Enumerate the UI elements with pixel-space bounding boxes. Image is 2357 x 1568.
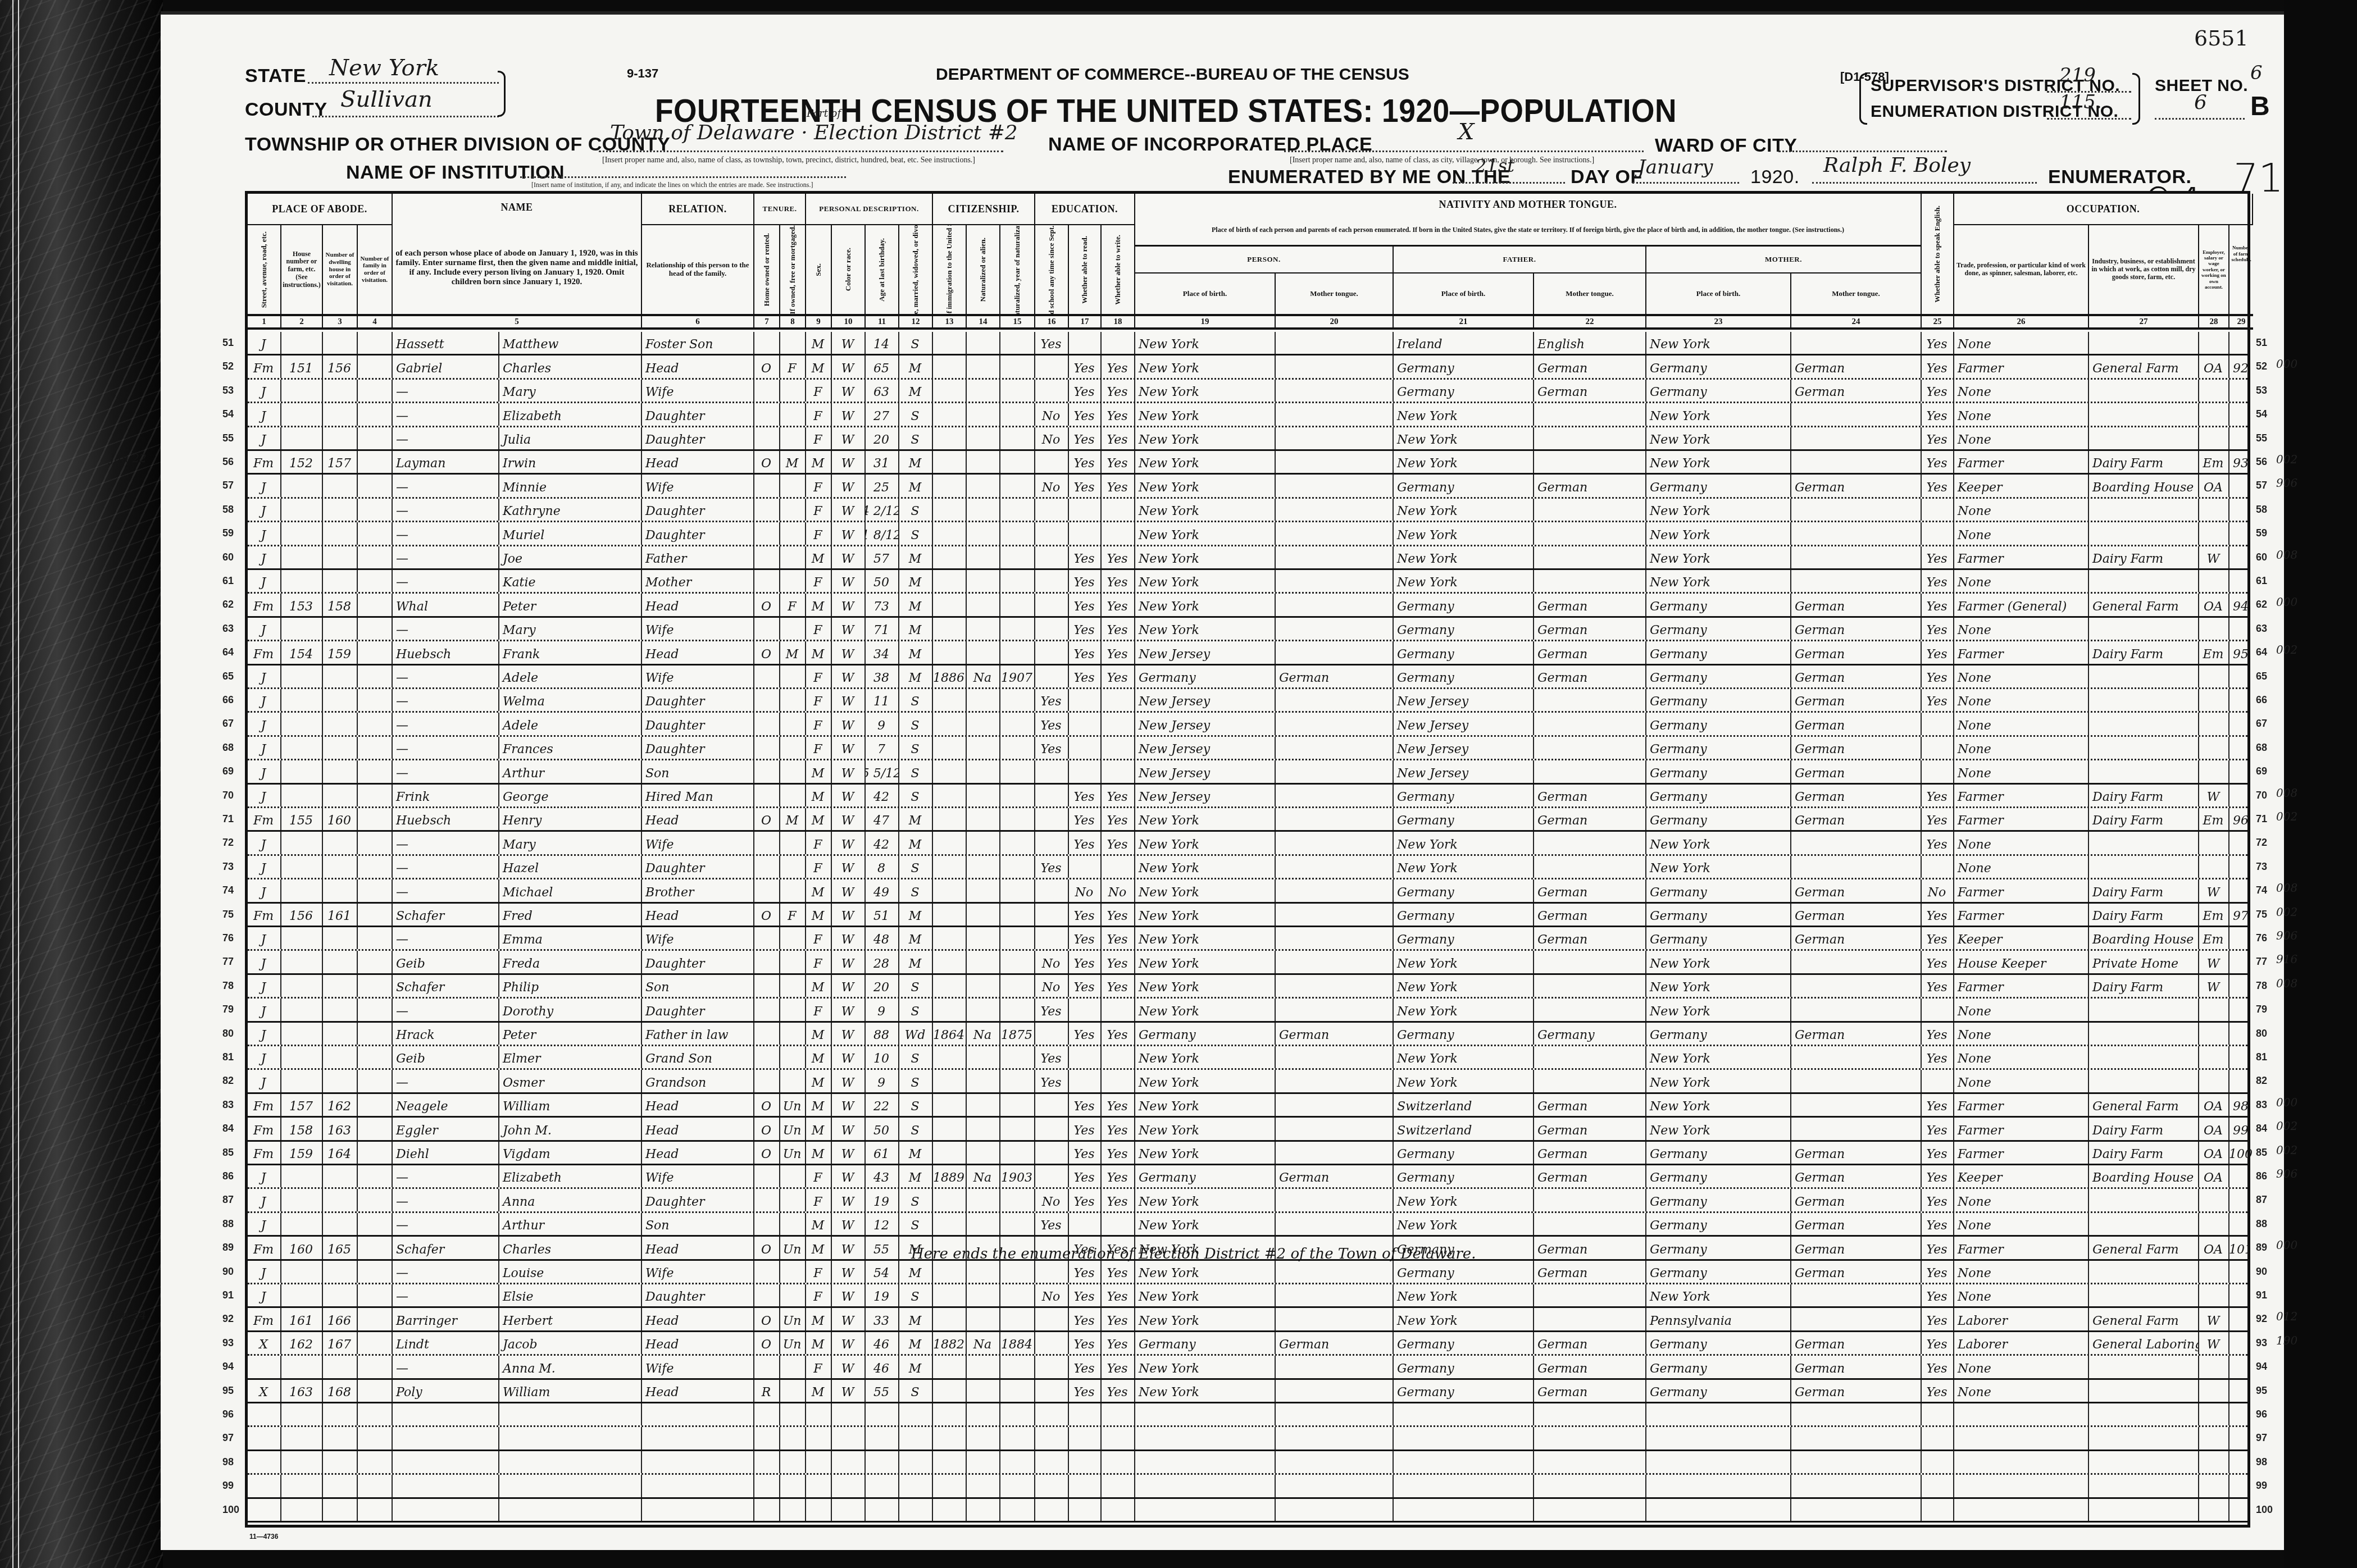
occupation-code: 906 — [2276, 476, 2297, 490]
cell-home: O — [754, 451, 780, 473]
col-5-head: of each person whose place of abode on J… — [393, 222, 642, 314]
cell-f-tongue: Germany — [1534, 1023, 1646, 1045]
col-24-head: Mother tongue. — [1791, 274, 1922, 314]
cell-farm — [2229, 1213, 2253, 1235]
cell-m-birth: Germany — [1646, 666, 1791, 687]
cell-family — [358, 879, 393, 901]
cell-given: Arthur — [499, 760, 642, 782]
cell-nat — [967, 1356, 1000, 1378]
cell-nat — [967, 1189, 1000, 1211]
cell-school — [1035, 1094, 1069, 1116]
table-row: J—FrancesDaughterFW7SYesNew JerseyNew Je… — [248, 737, 2247, 760]
cell-family — [358, 1356, 393, 1378]
cell-class: OA — [2199, 594, 2229, 616]
cell-surname: Huebsch — [393, 808, 499, 830]
cell-surname — [393, 1475, 499, 1497]
cell-english: Yes — [1922, 1284, 1954, 1306]
cell-race: W — [832, 618, 866, 640]
col-7-head: Home owned or rented. — [754, 225, 780, 314]
occupation-code: 002 — [2276, 643, 2297, 657]
table-row — [248, 1427, 2247, 1451]
cell-tongue — [1276, 927, 1394, 949]
cell-class — [2199, 403, 2229, 425]
sheet-value: 6 — [2194, 91, 2207, 114]
cell-dwelling — [323, 832, 358, 854]
cell-family — [358, 760, 393, 782]
cell-marital: M — [899, 927, 933, 949]
cell-m-birth: Germany — [1646, 713, 1791, 735]
cell-school — [1035, 1451, 1069, 1473]
cell-birth: Germany — [1135, 666, 1276, 687]
cell-f-tongue: German — [1534, 1118, 1646, 1139]
cell-home — [754, 1165, 780, 1187]
line-number-left: 97 — [222, 1432, 234, 1444]
col-25-head: Whether able to speak English. — [1922, 194, 1954, 314]
cell-race: W — [832, 951, 866, 973]
table-row: J—MinnieWifeFW25MNoYesYesNew YorkGermany… — [248, 475, 2247, 498]
cell-age: 65 — [866, 355, 899, 377]
cell-relation: Grandson — [642, 1070, 754, 1092]
cell-class — [2199, 999, 2229, 1020]
cell-f-birth — [1394, 1499, 1534, 1521]
cell-tongue — [1276, 380, 1394, 402]
cell-dwelling — [323, 879, 358, 901]
cell-nat — [967, 1427, 1000, 1449]
cell-school: No — [1035, 475, 1069, 496]
cell-f-birth: Germany — [1394, 1165, 1534, 1187]
cell-class — [2199, 760, 2229, 782]
microfilm-right-edge — [2284, 0, 2357, 1568]
cell-dwelling: 159 — [323, 641, 358, 663]
table-row: J—AdeleWifeFW38M1886Na1907YesYesGermanyG… — [248, 666, 2247, 689]
cell-sex: F — [806, 999, 832, 1020]
cell-given: Dorothy — [499, 999, 642, 1020]
cell-immig — [933, 522, 967, 544]
cell-immig — [933, 951, 967, 973]
line-number-left: 100 — [222, 1504, 239, 1516]
cell-farm — [2229, 737, 2253, 759]
cell-tongue — [1276, 1475, 1394, 1497]
cell-m-birth: Germany — [1646, 1142, 1791, 1164]
cell-race: W — [832, 1189, 866, 1211]
cell-farm — [2229, 713, 2253, 735]
cell-sex — [806, 1475, 832, 1497]
cell-m-tongue: German — [1791, 380, 1922, 402]
table-row: J—ElsieDaughterFW19SNoYesYesNew YorkNew … — [248, 1284, 2247, 1308]
cell-race: W — [832, 594, 866, 616]
cell-race: W — [832, 1046, 866, 1068]
line-number-right: 61 — [2256, 575, 2267, 587]
cell-industry — [2089, 999, 2199, 1020]
cell-farm — [2229, 1451, 2253, 1473]
cell-dwelling — [323, 1189, 358, 1211]
line-number-right: 69 — [2256, 765, 2267, 777]
cell-race: W — [832, 403, 866, 425]
line-number-right: 87 — [2256, 1194, 2267, 1206]
cell-natyr — [1000, 1070, 1035, 1092]
cell-nat — [967, 1475, 1000, 1497]
cell-house — [281, 332, 323, 354]
cell-english — [1922, 499, 1954, 521]
cell-immig — [933, 975, 967, 997]
cell-school: No — [1035, 403, 1069, 425]
cell-industry — [2089, 1070, 2199, 1092]
cell-home — [754, 1427, 780, 1449]
cell-given: Osmer — [499, 1070, 642, 1092]
cell-house: 160 — [281, 1237, 323, 1259]
cell-given: Anna — [499, 1189, 642, 1211]
cell-home — [754, 499, 780, 521]
col-num-2: 2 — [281, 314, 323, 330]
cell-surname: — — [393, 546, 499, 568]
cell-english — [1922, 999, 1954, 1020]
cell-surname: Hrack — [393, 1023, 499, 1045]
col-num-21: 21 — [1394, 314, 1534, 330]
cell-street: J — [248, 689, 281, 711]
table-row: Fm154159HuebschFrankHeadOMMW34MYesYesNew… — [248, 641, 2247, 665]
cell-age: 42 — [866, 785, 899, 806]
cell-dwelling — [323, 1499, 358, 1521]
cell-f-birth — [1394, 1475, 1534, 1497]
cell-birth: New York — [1135, 1046, 1276, 1068]
cell-relation: Head — [642, 355, 754, 377]
cell-home: O — [754, 1142, 780, 1164]
cell-street: Fm — [248, 594, 281, 616]
cell-immig — [933, 451, 967, 473]
cell-english — [1922, 713, 1954, 735]
cell-house — [281, 1070, 323, 1092]
cell-age: 1 8/12 — [866, 522, 899, 544]
cell-nat — [967, 451, 1000, 473]
line-number-left: 53 — [222, 385, 234, 396]
cell-owned — [780, 999, 806, 1020]
cell-m-tongue: German — [1791, 760, 1922, 782]
cell-street: J — [248, 856, 281, 878]
table-row: J—OsmerGrandsonMW9SYesNew YorkNew YorkNe… — [248, 1070, 2247, 1093]
cell-immig — [933, 403, 967, 425]
cell-natyr — [1000, 355, 1035, 377]
archive-stamp: 6551 — [2194, 26, 2249, 51]
cell-m-birth: New York — [1646, 1046, 1791, 1068]
cell-family — [358, 332, 393, 354]
cell-f-birth: New York — [1394, 951, 1534, 973]
cell-house: 158 — [281, 1118, 323, 1139]
cell-street: J — [248, 1213, 281, 1235]
cell-english — [1922, 1403, 1954, 1425]
cell-trade: None — [1954, 380, 2089, 402]
cell-immig: 1889 — [933, 1165, 967, 1187]
table-row: JGeibFredaDaughterFW28MNoYesYesNew YorkN… — [248, 951, 2247, 974]
cell-write — [1102, 760, 1135, 782]
occupation-code: 000 — [2276, 357, 2297, 371]
cell-write: Yes — [1102, 785, 1135, 806]
cell-dwelling — [323, 1403, 358, 1425]
cell-birth: New York — [1135, 403, 1276, 425]
cell-nat — [967, 999, 1000, 1020]
cell-marital: S — [899, 1070, 933, 1092]
cell-read: Yes — [1069, 666, 1102, 687]
cell-farm: 98 — [2229, 1094, 2253, 1116]
cell-farm — [2229, 689, 2253, 711]
cell-industry — [2089, 403, 2199, 425]
cell-f-birth — [1394, 1427, 1534, 1449]
cell-industry — [2089, 618, 2199, 640]
cell-race: W — [832, 499, 866, 521]
cell-street: Fm — [248, 451, 281, 473]
cell-class: Em — [2199, 451, 2229, 473]
cell-f-birth: Germany — [1394, 618, 1534, 640]
line-number-left: 64 — [222, 646, 234, 658]
cell-home — [754, 879, 780, 901]
group-relation: RELATION. — [642, 194, 754, 225]
cell-age: 34 — [866, 641, 899, 663]
cell-house — [281, 1046, 323, 1068]
cell-nat — [967, 951, 1000, 973]
cell-house — [281, 879, 323, 901]
cell-race: W — [832, 1165, 866, 1187]
cell-home — [754, 570, 780, 592]
cell-street — [248, 1356, 281, 1378]
cell-f-tongue — [1534, 832, 1646, 854]
line-number-left: 69 — [222, 765, 234, 777]
cell-read: Yes — [1069, 1332, 1102, 1354]
cell-english: Yes — [1922, 1118, 1954, 1139]
cell-farm — [2229, 975, 2253, 997]
cell-trade: Farmer — [1954, 904, 2089, 926]
cell-nat — [967, 927, 1000, 949]
cell-surname: — — [393, 570, 499, 592]
cell-immig — [933, 1475, 967, 1497]
cell-trade: Farmer — [1954, 808, 2089, 830]
cell-dwelling — [323, 1070, 358, 1092]
cell-trade: None — [1954, 1284, 2089, 1306]
cell-given: Katie — [499, 570, 642, 592]
cell-sex: M — [806, 1070, 832, 1092]
cell-owned: Un — [780, 1237, 806, 1259]
cell-surname — [393, 1451, 499, 1473]
cell-immig — [933, 594, 967, 616]
cell-natyr — [1000, 1356, 1035, 1378]
cell-given: Charles — [499, 355, 642, 377]
cell-class: W — [2199, 975, 2229, 997]
cell-street: X — [248, 1380, 281, 1402]
cell-f-birth: Germany — [1394, 475, 1534, 496]
cell-m-tongue — [1791, 1403, 1922, 1425]
cell-industry — [2089, 1451, 2199, 1473]
cell-immig — [933, 618, 967, 640]
cell-english: Yes — [1922, 951, 1954, 973]
cell-school — [1035, 1332, 1069, 1354]
cell-relation: Wife — [642, 380, 754, 402]
cell-race: W — [832, 1380, 866, 1402]
cell-trade: None — [1954, 1046, 2089, 1068]
cell-owned — [780, 1284, 806, 1306]
cell-m-birth: Germany — [1646, 1023, 1791, 1045]
enumerator-name: Ralph F. Boley — [1823, 154, 1971, 177]
cell-given — [499, 1427, 642, 1449]
cell-house: 154 — [281, 641, 323, 663]
cell-immig — [933, 713, 967, 735]
cell-surname: — — [393, 1213, 499, 1235]
cell-school: No — [1035, 1189, 1069, 1211]
cell-given: Elizabeth — [499, 403, 642, 425]
line-number-right: 51 — [2256, 337, 2267, 349]
cell-home — [754, 1475, 780, 1497]
cell-owned: M — [780, 808, 806, 830]
cell-birth: New York — [1135, 879, 1276, 901]
table-row: J—ElizabethDaughterFW27SNoYesYesNew York… — [248, 403, 2247, 427]
cell-house — [281, 499, 323, 521]
cell-read — [1069, 737, 1102, 759]
occupation-code: 190 — [2276, 1334, 2297, 1347]
cell-tongue — [1276, 904, 1394, 926]
cell-surname: — — [393, 522, 499, 544]
cell-relation: Head — [642, 1380, 754, 1402]
cell-race: W — [832, 737, 866, 759]
cell-birth — [1135, 1475, 1276, 1497]
occupation-code: 008 — [2276, 786, 2297, 800]
cell-surname: Hassett — [393, 332, 499, 354]
cell-owned — [780, 475, 806, 496]
cell-trade: None — [1954, 832, 2089, 854]
cell-f-birth: New York — [1394, 522, 1534, 544]
cell-f-birth: Switzerland — [1394, 1118, 1534, 1139]
cell-dwelling — [323, 1046, 358, 1068]
cell-house — [281, 1403, 323, 1425]
cell-owned — [780, 427, 806, 449]
occupation-code: 012 — [2276, 1310, 2297, 1323]
cell-race: W — [832, 1023, 866, 1045]
col-num-15: 15 — [1000, 314, 1035, 330]
cell-home — [754, 1213, 780, 1235]
cell-english — [1922, 1451, 1954, 1473]
cell-marital: M — [899, 1165, 933, 1187]
cell-tongue — [1276, 641, 1394, 663]
cell-trade: Laborer — [1954, 1332, 2089, 1354]
col-num-1: 1 — [248, 314, 281, 330]
cell-m-birth: New York — [1646, 332, 1791, 354]
cell-farm: 93 — [2229, 451, 2253, 473]
cell-house — [281, 951, 323, 973]
line-number-left: 90 — [222, 1266, 234, 1278]
cell-immig — [933, 475, 967, 496]
occupation-code: 000 — [2276, 595, 2297, 609]
cell-given: Louise — [499, 1261, 642, 1283]
line-number-right: 79 — [2256, 1004, 2267, 1015]
cell-race: W — [832, 927, 866, 949]
cell-m-birth — [1646, 1475, 1791, 1497]
cell-tongue — [1276, 1189, 1394, 1211]
cell-f-birth: Germany — [1394, 1142, 1534, 1164]
cell-given — [499, 1451, 642, 1473]
cell-family — [358, 522, 393, 544]
cell-house — [281, 1475, 323, 1497]
cell-street: J — [248, 999, 281, 1020]
cell-write — [1102, 499, 1135, 521]
cell-natyr — [1000, 1118, 1035, 1139]
cell-sex: F — [806, 689, 832, 711]
cell-school: Yes — [1035, 689, 1069, 711]
cell-farm: 101 — [2229, 1237, 2253, 1259]
cell-f-tongue — [1534, 760, 1646, 782]
cell-write: Yes — [1102, 546, 1135, 568]
cell-natyr — [1000, 689, 1035, 711]
cell-f-birth: New York — [1394, 832, 1534, 854]
cell-m-birth — [1646, 1499, 1791, 1521]
cell-write — [1102, 332, 1135, 354]
cell-natyr — [1000, 522, 1035, 544]
line-number-left: 72 — [222, 837, 234, 849]
cell-trade: House Keeper — [1954, 951, 2089, 973]
cell-street: J — [248, 570, 281, 592]
cell-birth: New York — [1135, 1356, 1276, 1378]
cell-surname: Geib — [393, 1046, 499, 1068]
line-number-left: 65 — [222, 671, 234, 682]
cell-f-tongue: German — [1534, 1380, 1646, 1402]
cell-english: Yes — [1922, 904, 1954, 926]
cell-birth — [1135, 1427, 1276, 1449]
cell-dwelling — [323, 1427, 358, 1449]
cell-f-birth: Germany — [1394, 641, 1534, 663]
cell-english: Yes — [1922, 403, 1954, 425]
cell-relation: Son — [642, 1213, 754, 1235]
cell-home: R — [754, 1380, 780, 1402]
cell-farm — [2229, 1499, 2253, 1521]
cell-street: J — [248, 737, 281, 759]
cell-nat — [967, 641, 1000, 663]
table-row: Fm161166BarringerHerbertHeadOUnMW33MYesY… — [248, 1308, 2247, 1332]
cell-nat — [967, 904, 1000, 926]
cell-dwelling: 168 — [323, 1380, 358, 1402]
cell-nat — [967, 1070, 1000, 1092]
cell-write: Yes — [1102, 380, 1135, 402]
cell-age: 20 — [866, 975, 899, 997]
cell-tongue — [1276, 713, 1394, 735]
cell-natyr — [1000, 427, 1035, 449]
cell-read — [1069, 1427, 1102, 1449]
table-row: X163168PolyWilliamHeadRMW55SYesYesNew Yo… — [248, 1380, 2247, 1403]
district-brace-left — [1859, 73, 1867, 125]
cell-m-tongue — [1791, 1499, 1922, 1521]
cell-tongue: German — [1276, 666, 1394, 687]
line-number-left: 61 — [222, 575, 234, 587]
cell-surname: Schafer — [393, 1237, 499, 1259]
cell-english: Yes — [1922, 1046, 1954, 1068]
cell-tongue — [1276, 451, 1394, 473]
cell-relation: Head — [642, 1142, 754, 1164]
cell-race: W — [832, 1284, 866, 1306]
cell-f-tongue — [1534, 1403, 1646, 1425]
cell-nat: Na — [967, 1165, 1000, 1187]
cell-given: William — [499, 1380, 642, 1402]
cell-english — [1922, 1427, 1954, 1449]
table-row: J—AnnaDaughterFW19SNoYesYesNew YorkNew Y… — [248, 1189, 2247, 1213]
cell-f-birth: Germany — [1394, 355, 1534, 377]
cell-read — [1069, 1070, 1102, 1092]
cell-race: W — [832, 1356, 866, 1378]
cell-age — [866, 1499, 899, 1521]
occupation-code: 000 — [2276, 1238, 2297, 1252]
cell-given: Irwin — [499, 451, 642, 473]
cell-industry — [2089, 1475, 2199, 1497]
cell-sex: M — [806, 594, 832, 616]
cell-birth: New York — [1135, 570, 1276, 592]
cell-write: Yes — [1102, 1189, 1135, 1211]
cell-class: W — [2199, 546, 2229, 568]
cell-nat — [967, 1308, 1000, 1330]
cell-race: W — [832, 1118, 866, 1139]
cell-english: Yes — [1922, 1213, 1954, 1235]
